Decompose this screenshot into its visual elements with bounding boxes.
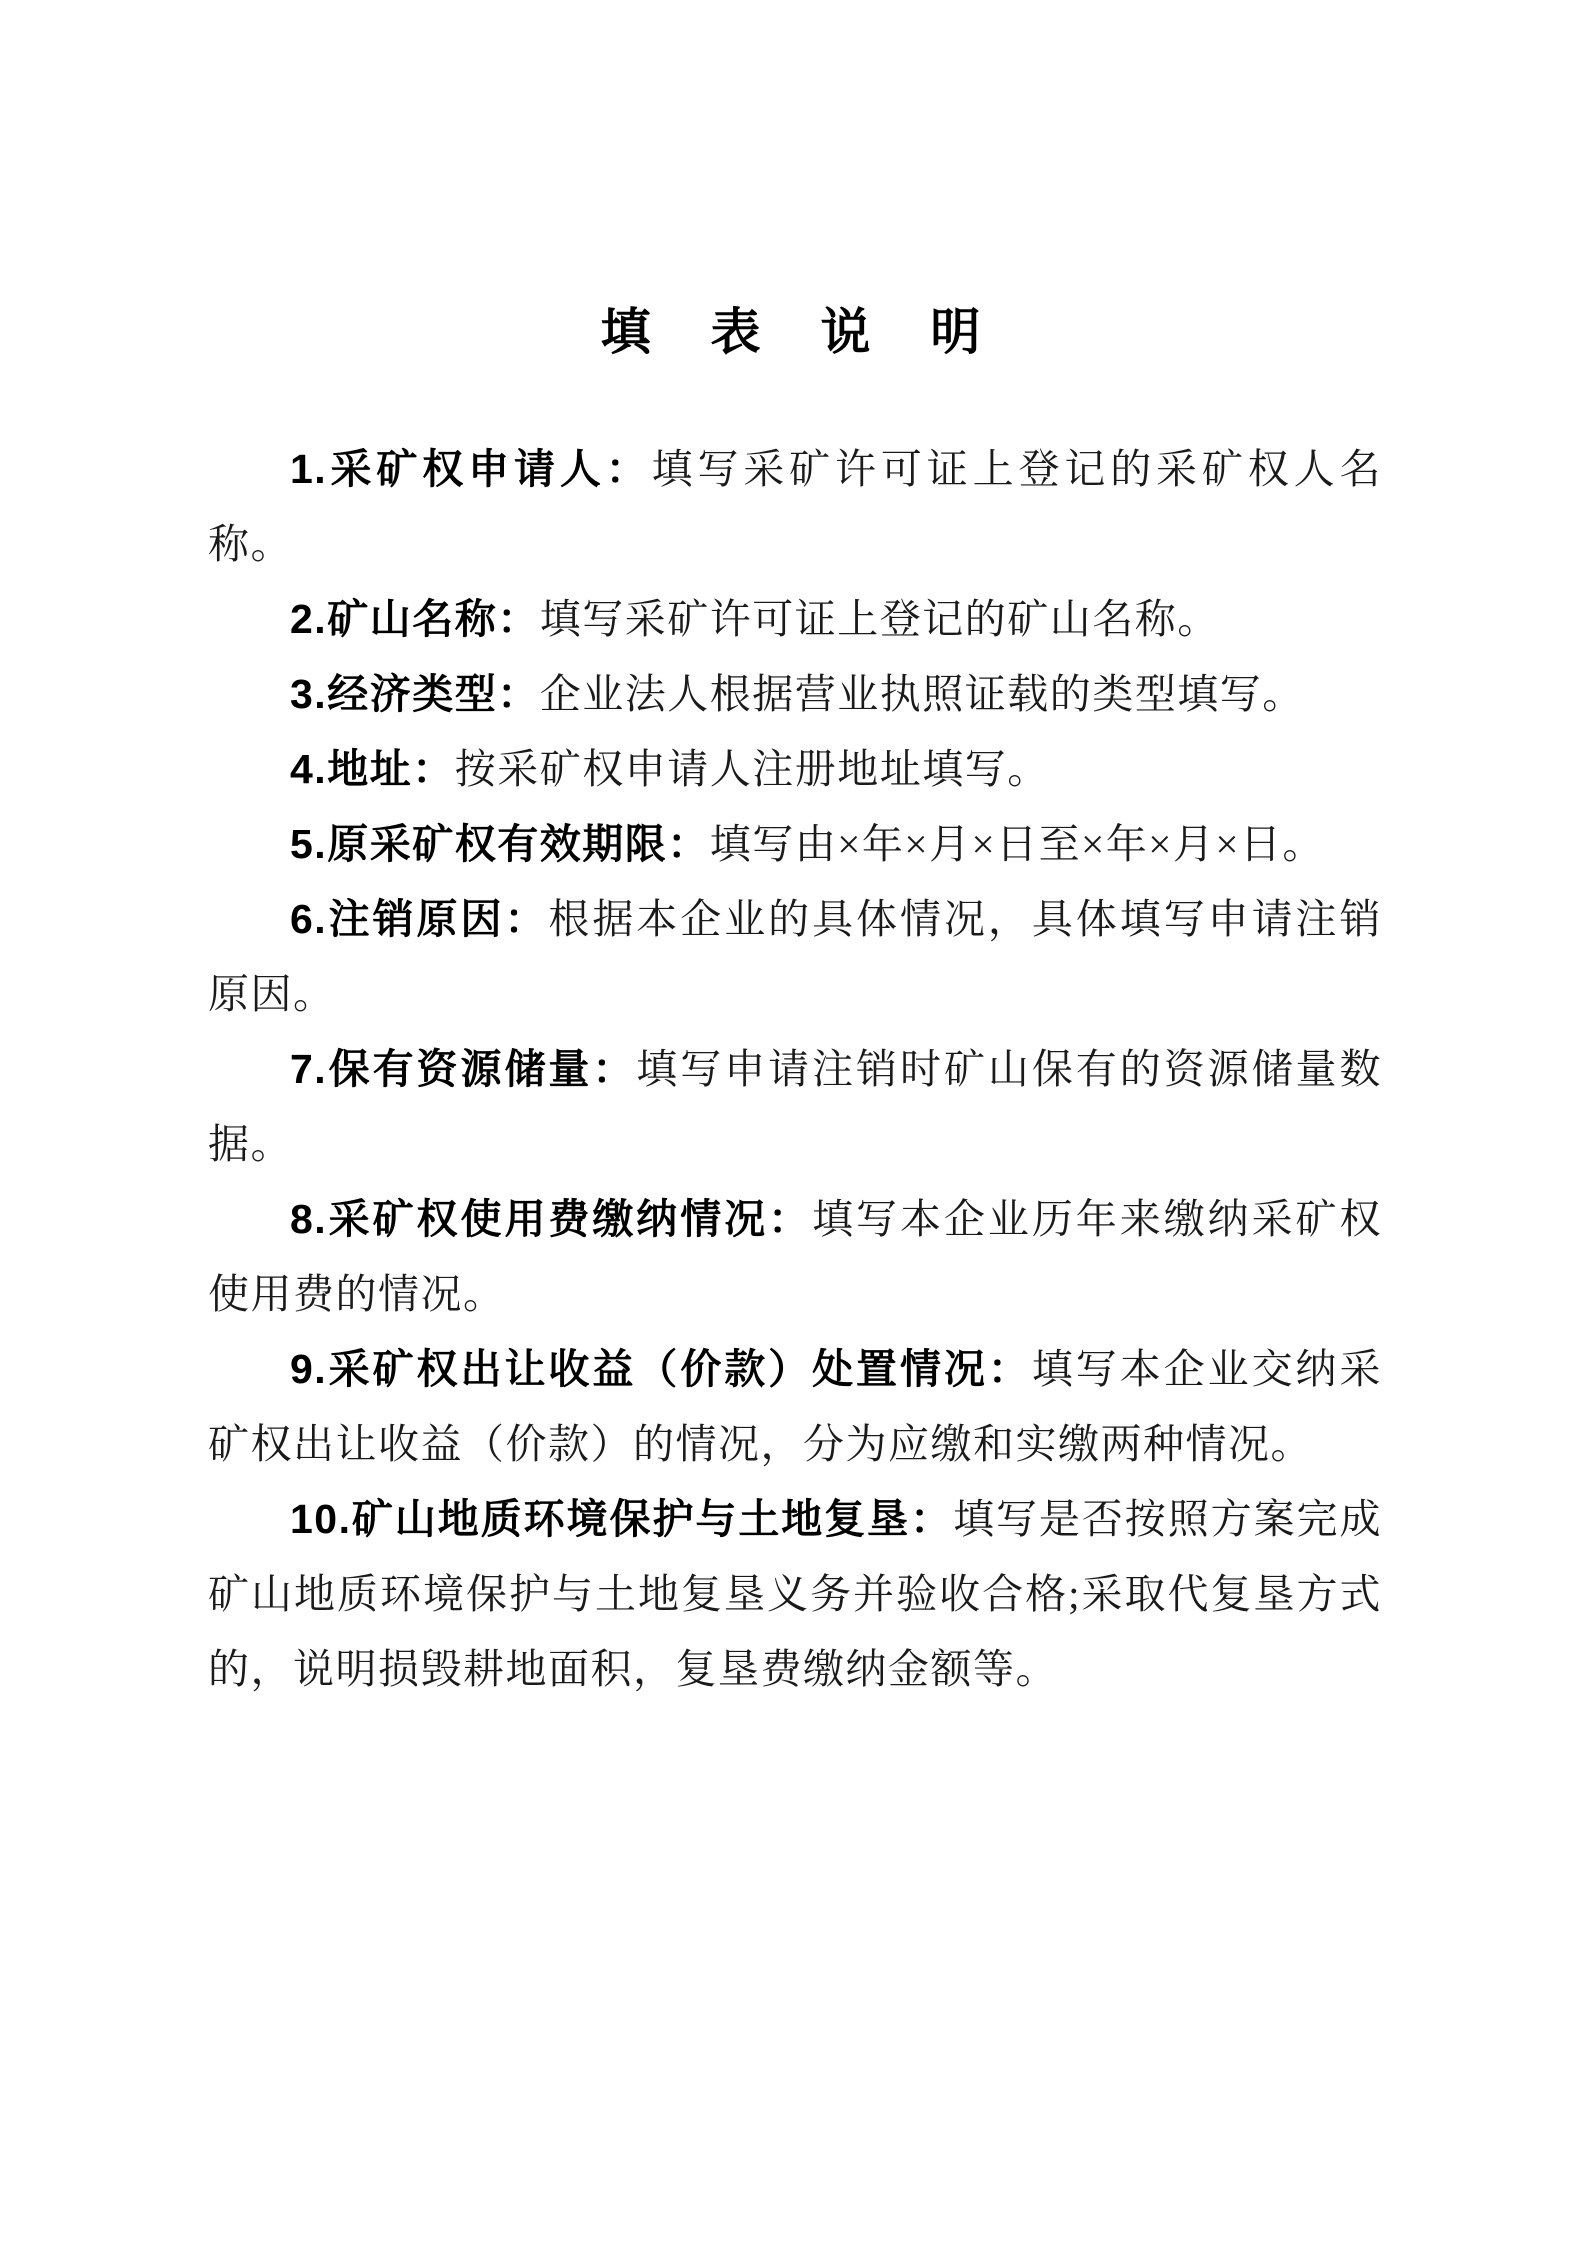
instruction-item-2: 2.矿山名称：填写采矿许可证上登记的矿山名称。: [208, 582, 1382, 657]
instruction-item-4: 4.地址：按采矿权申请人注册地址填写。: [208, 732, 1382, 807]
instruction-item-label: 8.采矿权使用费缴纳情况：: [290, 1196, 812, 1242]
instruction-item-label: 4.地址：: [290, 746, 455, 792]
instruction-item-text: 填写由×年×月×日至×年×月×日。: [710, 821, 1325, 867]
instruction-item-3: 3.经济类型：企业法人根据营业执照证载的类型填写。: [208, 657, 1382, 732]
instruction-item-text: 填写采矿许可证上登记的矿山名称。: [540, 596, 1220, 642]
instruction-item-8: 8.采矿权使用费缴纳情况：填写本企业历年来缴纳采矿权使用费的情况。: [208, 1182, 1382, 1332]
instruction-item-label: 7.保有资源储量：: [290, 1046, 636, 1092]
instructions-list: 1.采矿权申请人：填写采矿许可证上登记的采矿权人名称。 2.矿山名称：填写采矿许…: [208, 432, 1382, 1707]
page-title: 填 表 说 明: [0, 292, 1587, 364]
instruction-item-label: 2.矿山名称：: [290, 596, 540, 642]
instruction-item-text: 企业法人根据营业执照证载的类型填写。: [540, 671, 1305, 717]
instruction-item-9: 9.采矿权出让收益（价款）处置情况：填写本企业交纳采矿权出让收益（价款）的情况，…: [208, 1332, 1382, 1482]
instruction-item-label: 6.注销原因：: [290, 896, 548, 942]
document-page: 填 表 说 明 1.采矿权申请人：填写采矿许可证上登记的采矿权人名称。 2.矿山…: [0, 0, 1587, 2245]
instruction-item-label: 10.矿山地质环境保护与土地复垦：: [290, 1496, 953, 1542]
instruction-item-6: 6.注销原因：根据本企业的具体情况，具体填写申请注销原因。: [208, 882, 1382, 1032]
instruction-item-7: 7.保有资源储量：填写申请注销时矿山保有的资源储量数据。: [208, 1032, 1382, 1182]
instruction-item-label: 1.采矿权申请人：: [290, 446, 652, 492]
instruction-item-label: 3.经济类型：: [290, 671, 540, 717]
instruction-item-10: 10.矿山地质环境保护与土地复垦：填写是否按照方案完成矿山地质环境保护与土地复垦…: [208, 1482, 1382, 1707]
instruction-item-label: 5.原采矿权有效期限：: [290, 821, 710, 867]
instruction-item-5: 5.原采矿权有效期限：填写由×年×月×日至×年×月×日。: [208, 807, 1382, 882]
instruction-item-1: 1.采矿权申请人：填写采矿许可证上登记的采矿权人名称。: [208, 432, 1382, 582]
instruction-item-label: 9.采矿权出让收益（价款）处置情况：: [290, 1346, 1032, 1392]
instruction-item-text: 按采矿权申请人注册地址填写。: [455, 746, 1050, 792]
